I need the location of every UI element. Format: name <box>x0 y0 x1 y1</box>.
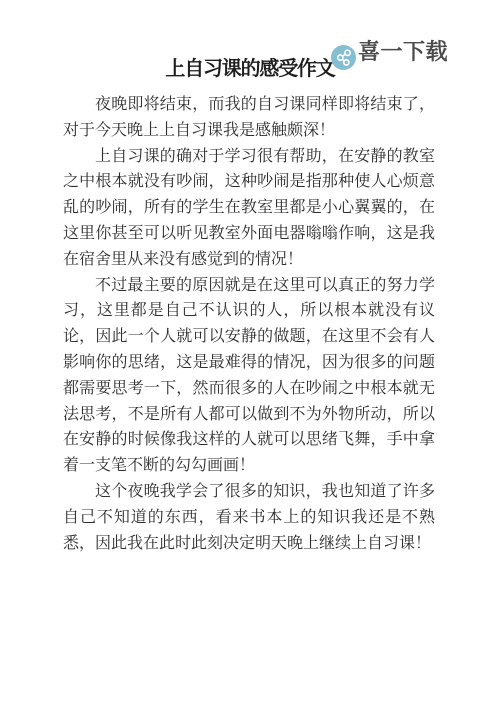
essay-paragraph-1: 夜晚即将结束，而我的自习课同样即将结束了，对于今天晚上上自习课我是感触颇深！ <box>63 92 435 144</box>
site-watermark: 喜一下载 <box>329 38 459 74</box>
document-page: 上自习课的感受作文 喜一下载 夜晚即将结束，而我的自习课同样即将结束了，对于今天… <box>0 0 500 707</box>
essay-paragraph-2: 上自习课的确对于学习很有帮助，在安静的教室之中根本就没有吵闹，这种吵闹是指那种使… <box>63 144 435 273</box>
share-nodes-icon <box>331 45 356 70</box>
essay-paragraph-4: 这个夜晚我学会了很多的知识，我也知道了许多自己不知道的东西，看来书本上的知识我还… <box>63 479 435 556</box>
watermark-brand-text: 喜一下载 <box>358 40 448 64</box>
essay-body: 夜晚即将结束，而我的自习课同样即将结束了，对于今天晚上上自习课我是感触颇深！ 上… <box>63 92 435 556</box>
essay-paragraph-3: 不过最主要的原因就是在这里可以真正的努力学习，这里都是自己不认识的人，所以根本就… <box>63 273 435 479</box>
